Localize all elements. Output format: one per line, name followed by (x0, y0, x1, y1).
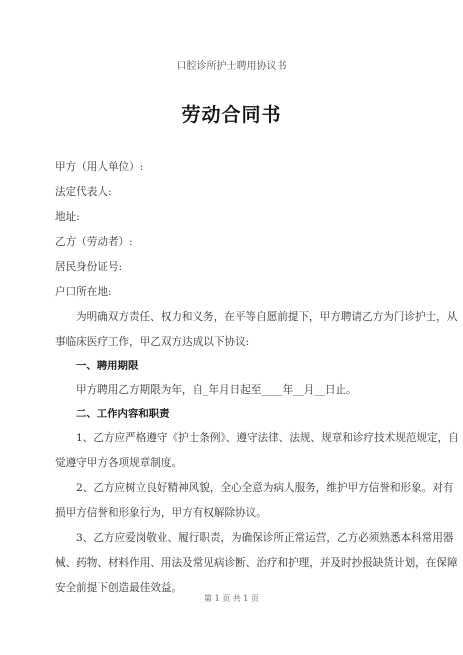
document-body: 甲方（用人单位）: 法定代表人: 地址: 乙方（劳动者）: 居民身份证号: 户口… (55, 155, 411, 601)
duty-item-3-line-2: 械、药物、材料作用、用法及常见病诊断、治疗和护理，并及时抄报缺货计划，在保障 (55, 551, 411, 576)
intro-paragraph: 为明确双方责任、权力和义务，在平等自愿前提下，甲方聘请乙方为门诊护士，从 事临床… (55, 305, 411, 355)
address-field: 地址: (55, 205, 411, 230)
duty-item-2-line-1: 2、乙方应树立良好精神风貌，全心全意为病人服务，维护甲方信誉和形象。对有 (55, 476, 411, 501)
party-b-field: 乙方（劳动者）: (55, 230, 411, 255)
legal-representative-field: 法定代表人: (55, 180, 411, 205)
duty-item-1: 1、乙方应严格遵守《护士条例》、遵守法律、法规、规章和诊疗技术规范规定，自 觉遵… (55, 426, 411, 476)
duty-item-2-line-2: 损甲方信誉和形象行为，甲方有权解除协议。 (55, 501, 411, 526)
duty-item-3: 3、乙方应爱岗敬业、履行职责，为确保诊所正常运营，乙方必须熟悉本科常用器 械、药… (55, 526, 411, 601)
duty-item-3-line-1: 3、乙方应爱岗敬业、履行职责，为确保诊所正常运营，乙方必须熟悉本科常用器 (55, 526, 411, 551)
section-duties: 二、工作内容和职责 1、乙方应严格遵守《护士条例》、遵守法律、法规、规章和诊疗技… (55, 403, 411, 601)
duty-item-1-line-2: 觉遵守甲方各项规章制度。 (55, 451, 411, 476)
party-a-field: 甲方（用人单位）: (55, 155, 411, 180)
document-page: 口腔诊所护士聘用协议书 劳动合同书 甲方（用人单位）: 法定代表人: 地址: 乙… (0, 0, 463, 655)
duty-item-2: 2、乙方应树立良好精神风貌，全心全意为病人服务，维护甲方信誉和形象。对有 损甲方… (55, 476, 411, 526)
intro-line-2: 事临床医疗工作，甲乙双方达成以下协议: (55, 330, 411, 355)
page-header: 口腔诊所护士聘用协议书 (0, 60, 463, 74)
section-employment-term: 一、聘用期限 甲方聘用乙方期限为年，自_年月日起至____年__月__日止。 (55, 355, 411, 403)
page-footer-page-number: 第 1 页 共 1 页 (0, 593, 463, 605)
household-registration-field: 户口所在地: (55, 280, 411, 305)
document-title: 劳动合同书 (0, 102, 463, 128)
duty-item-1-line-1: 1、乙方应严格遵守《护士条例》、遵守法律、法规、规章和诊疗技术规范规定，自 (55, 426, 411, 451)
section-heading-duties: 二、工作内容和职责 (55, 403, 411, 426)
intro-line-1: 为明确双方责任、权力和义务，在平等自愿前提下，甲方聘请乙方为门诊护士，从 (55, 305, 411, 330)
id-number-field: 居民身份证号: (55, 255, 411, 280)
employment-term-text: 甲方聘用乙方期限为年，自_年月日起至____年__月__日止。 (55, 378, 411, 403)
section-heading-employment-term: 一、聘用期限 (55, 355, 411, 378)
